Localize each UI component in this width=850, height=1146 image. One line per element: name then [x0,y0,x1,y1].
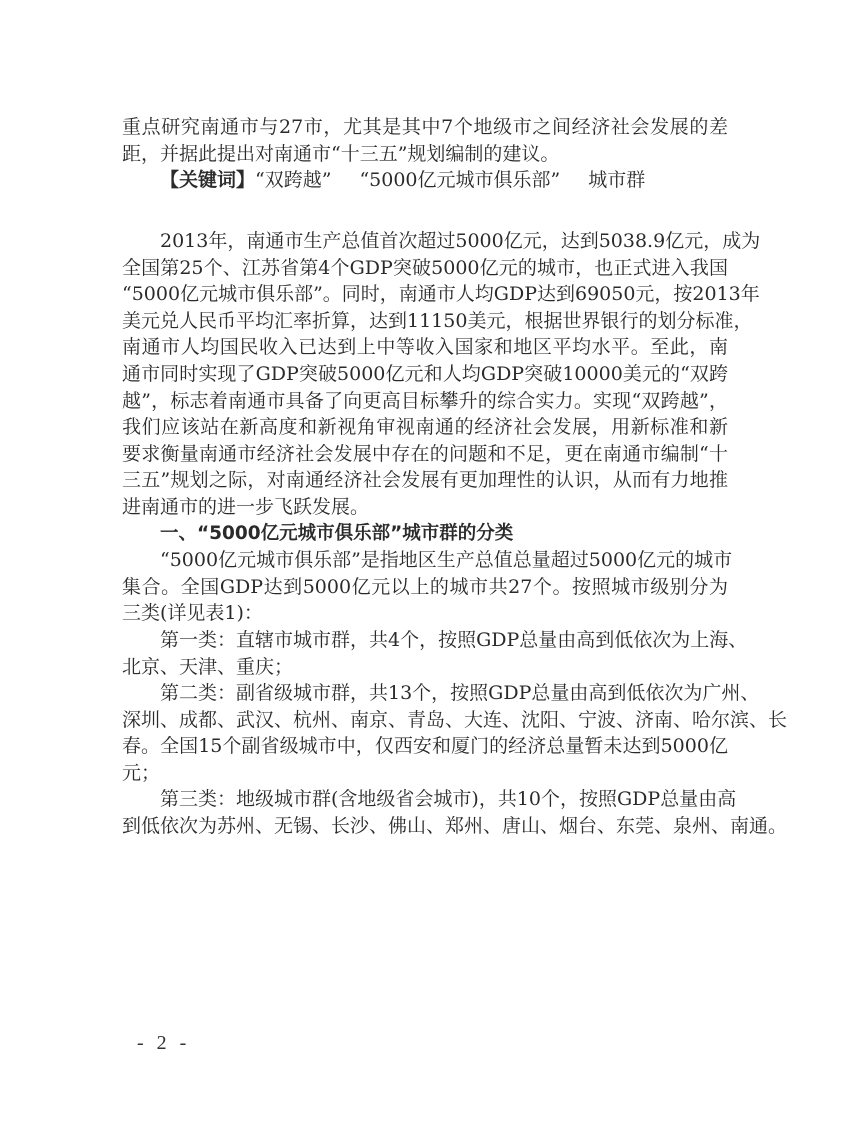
text-line: 重点研究南通市与27市，尤其是其中7个地级市之间经济社会发展的差 [122,114,728,141]
text-line: 第一类：直辖市城市群，共4个，按照GDP总量由高到低依次为上海、 [122,627,728,654]
document-page: 重点研究南通市与27市，尤其是其中7个地级市之间经济社会发展的差 距，并据此提出… [0,0,850,1146]
keyword: “双跨越” [255,169,331,191]
text-line: 集合。全国GDP达到5000亿元以上的城市共27个。按照城市级别分为 [122,574,728,601]
text-line: “5000亿元城市俱乐部”是指地区生产总值总量超过5000亿元的城市 [122,547,728,574]
text-line: 进南通市的进一步飞跃发展。 [122,494,728,521]
text-line: 通市同时实现了GDP突破5000亿元和人均GDP突破10000美元的“双跨 [122,361,728,388]
text-line: 2013年，南通市生产总值首次超过5000亿元，达到5038.9亿元，成为 [122,228,728,255]
section-heading: 一、“5000亿元城市俱乐部”城市群的分类 [122,521,728,548]
text-line: 春。全国15个副省级城市中，仅西安和厦门的经济总量暂未达到5000亿 [122,733,728,760]
text-line: 我们应该站在新高度和新视角审视南通的经济社会发展，用新标准和新 [122,414,728,441]
paragraph-1: 2013年，南通市生产总值首次超过5000亿元，达到5038.9亿元，成为 全国… [122,228,728,840]
text-line: 全国第25个、江苏省第4个GDP突破5000亿元的城市，也正式进入我国 [122,255,728,282]
text-line: 要求衡量南通市经济社会发展中存在的问题和不足，更在南通市编制“十 [122,441,728,468]
page-number: - 2 - [137,1032,190,1055]
text-line: 三类(详见表1)： [122,600,728,627]
intro-text: 重点研究南通市与27市，尤其是其中7个地级市之间经济社会发展的差 距，并据此提出… [122,114,728,194]
keyword: 城市群 [588,169,645,191]
text-line: “5000亿元城市俱乐部”。同时，南通市人均GDP达到69050元，按2013年 [122,281,728,308]
text-line: 北京、天津、重庆； [122,654,728,681]
text-line: 美元兑人民币平均汇率折算，达到11150美元，根据世界银行的划分标准， [122,308,728,335]
text-line: 第二类：副省级城市群，共13个，按照GDP总量由高到低依次为广州、 [122,680,728,707]
text-line: 距，并据此提出对南通市“十三五”规划编制的建议。 [122,141,728,168]
text-line: 越”，标志着南通市具备了向更高目标攀升的综合实力。实现“双跨越”， [122,388,728,415]
keyword: “5000亿元城市俱乐部” [359,169,560,191]
text-line: 南通市人均国民收入已达到上中等收入国家和地区平均水平。至此，南 [122,334,728,361]
text-line: 元； [122,760,728,787]
text-line: 到低依次为苏州、无锡、长沙、佛山、郑州、唐山、烟台、东莞、泉州、南通。 [122,813,728,840]
text-line: 第三类：地级城市群(含地级省会城市)，共10个，按照GDP总量由高 [122,786,728,813]
keywords-label: 【关键词】 [160,169,255,191]
text-line: 深圳、成都、武汉、杭州、南京、青岛、大连、沈阳、宁波、济南、哈尔滨、长 [122,707,728,734]
keywords-line: 【关键词】“双跨越”“5000亿元城市俱乐部”城市群 [122,167,728,194]
text-line: 三五”规划之际，对南通经济社会发展有更加理性的认识，从而有力地推 [122,467,728,494]
